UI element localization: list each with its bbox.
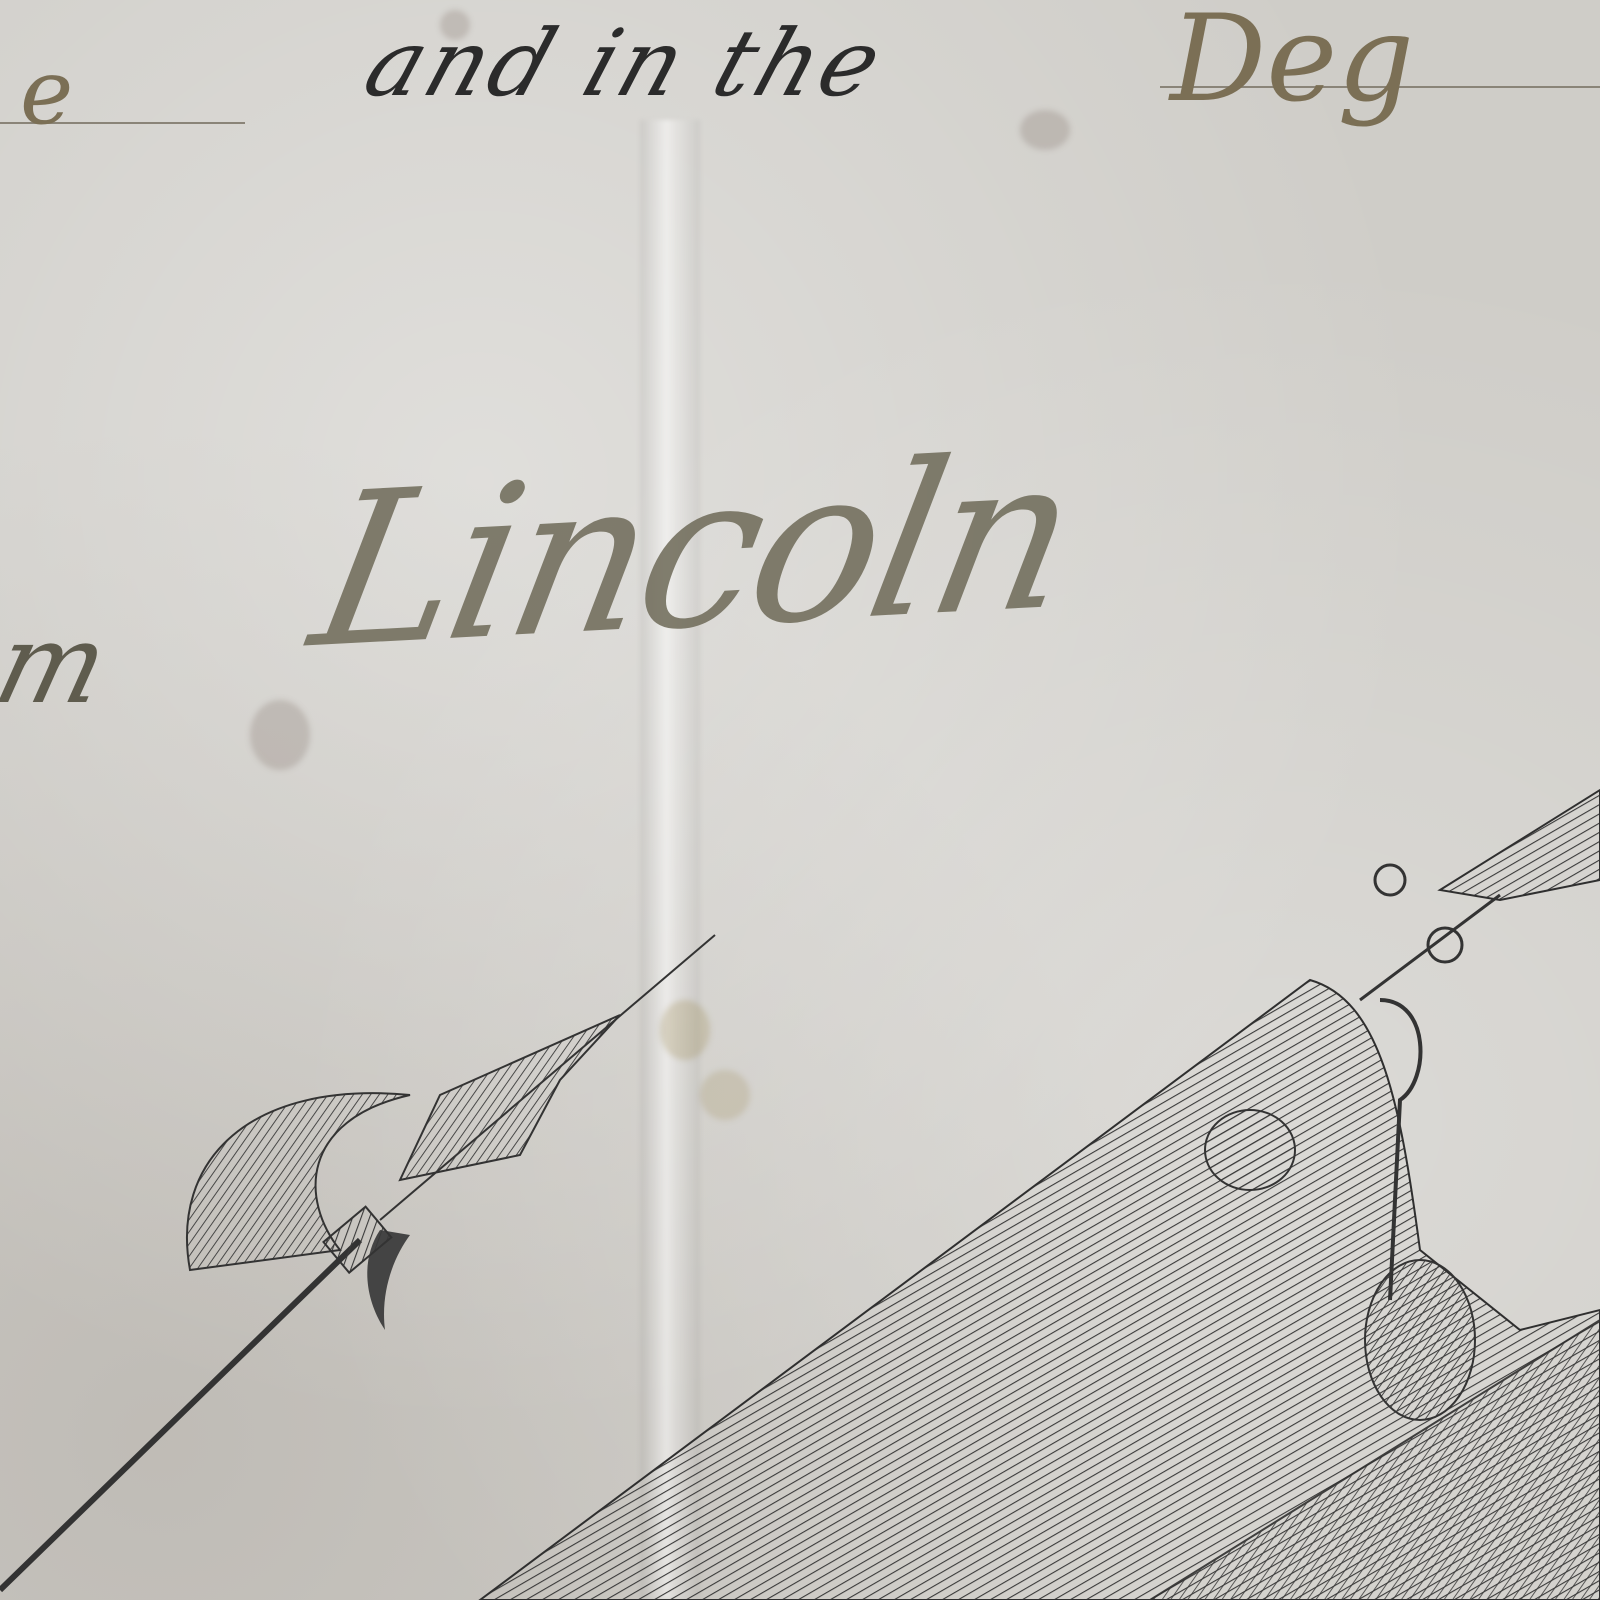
halberd-icon	[0, 935, 715, 1590]
document-photo: e and in the Deg m Lincoln	[0, 0, 1600, 1600]
flag-drape-icon	[480, 790, 1600, 1600]
engraving-illustration	[0, 0, 1600, 1600]
